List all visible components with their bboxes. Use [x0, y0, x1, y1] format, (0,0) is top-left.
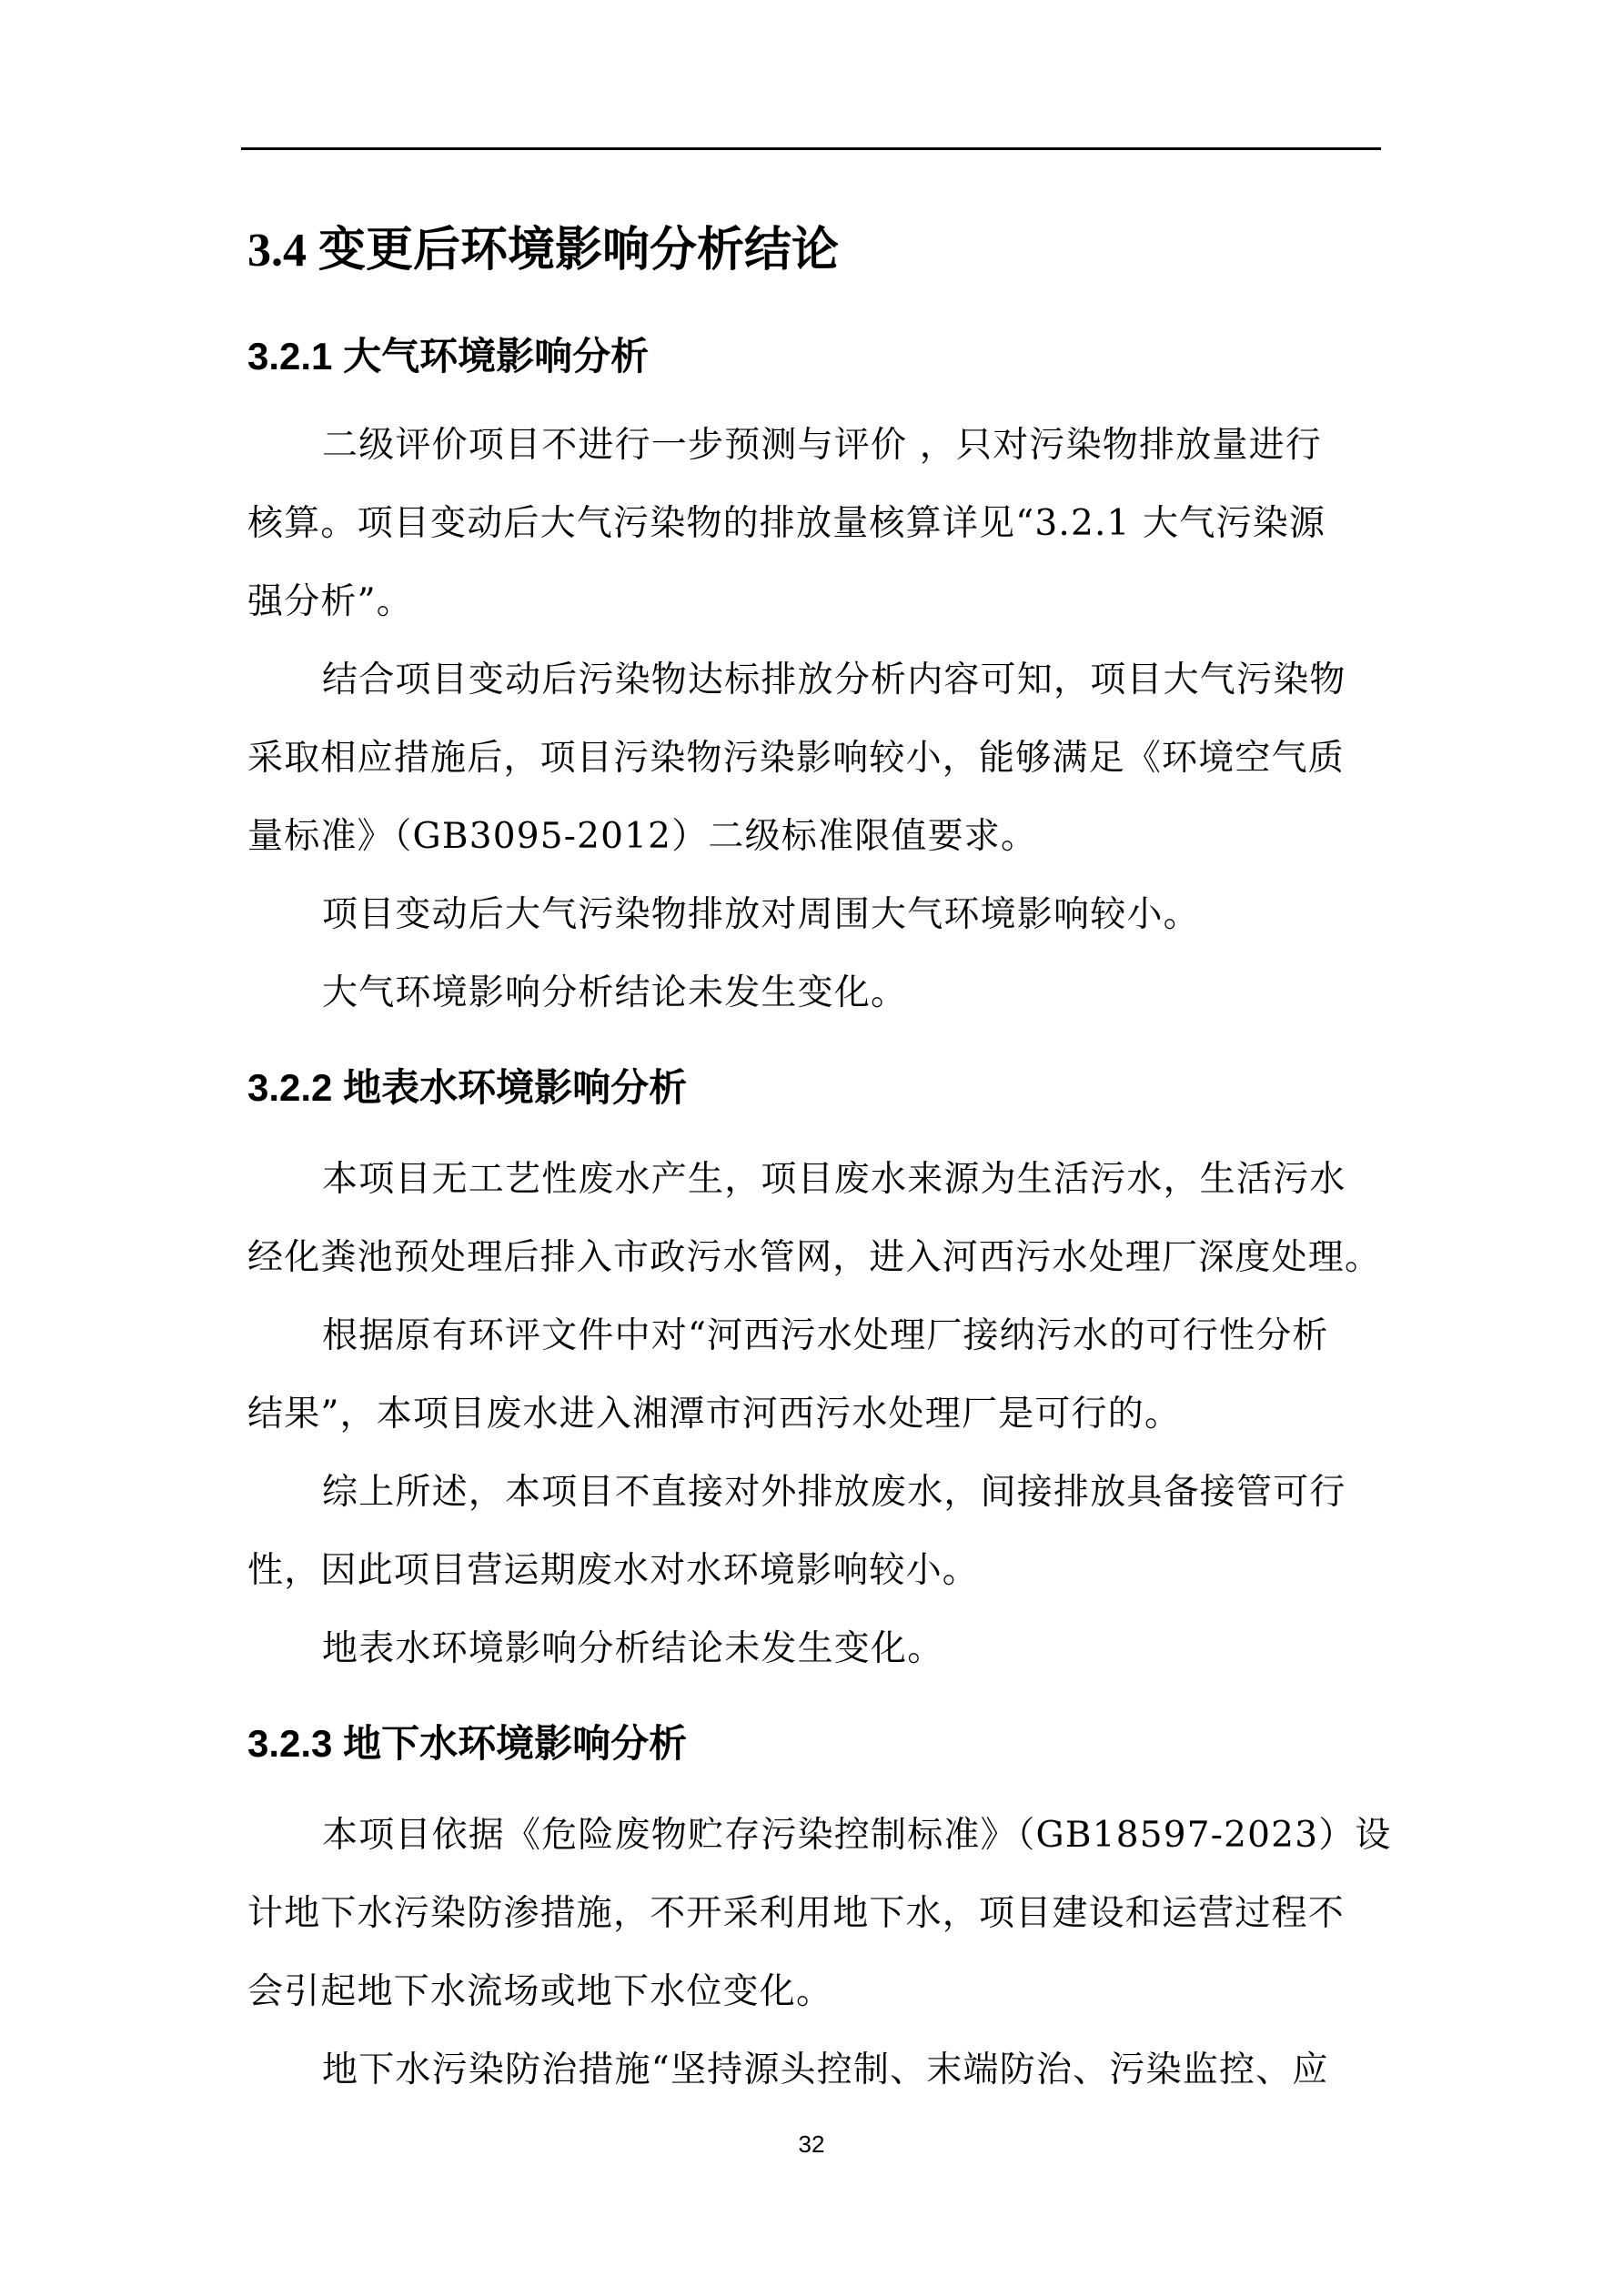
page-number: 32 [0, 2130, 1623, 2159]
text-line: 量标准》（GB3095-2012）二级标准限值要求。 [247, 798, 1387, 876]
text-line: 二级评价项目不进行一步预测与评价 ，只对污染物排放量进行 [247, 407, 1387, 485]
paragraph: 本项目无工艺性废水产生，项目废水来源为生活污水，生活污水 经化粪池预处理后排入市… [247, 1141, 1387, 1688]
header-rule [241, 147, 1381, 150]
text-line: 采取相应措施后，项目污染物污染影响较小，能够满足《环境空气质 [247, 720, 1387, 798]
text-line: 计地下水污染防渗措施，不开采利用地下水，项目建设和运营过程不 [247, 1875, 1387, 1953]
heading-3-2-3: 3.2.3 地下水环境影响分析 [247, 1718, 1387, 1769]
text-line: 核算。项目变动后大气污染物的排放量核算详见“3.2.1 大气污染源 [247, 485, 1387, 563]
text-line: 综上所述，本项目不直接对外排放废水，间接排放具备接管可行 [247, 1454, 1387, 1532]
text-line: 结合项目变动后污染物达标排放分析内容可知，项目大气污染物 [247, 641, 1387, 720]
paragraph: 本项目依据《危险废物贮存污染控制标准》（GB18597-2023）设 计地下水污… [247, 1797, 1387, 2110]
text-line: 经化粪池预处理后排入市政污水管网，进入河西污水处理厂深度处理。 [247, 1219, 1387, 1297]
text-line: 根据原有环评文件中对“河西污水处理厂接纳污水的可行性分析 [247, 1297, 1387, 1375]
paragraph: 二级评价项目不进行一步预测与评价 ，只对污染物排放量进行 核算。项目变动后大气污… [247, 407, 1387, 1032]
heading-3-2-1: 3.2.1 大气环境影响分析 [247, 331, 1387, 382]
section-title: 3.4 变更后环境影响分析结论 [247, 224, 1387, 278]
text-line: 结果”，本项目废水进入湘潭市河西污水处理厂是可行的。 [247, 1375, 1387, 1454]
text-line: 会引起地下水流场或地下水位变化。 [247, 1953, 1387, 2031]
text-line: 大气环境影响分析结论未发生变化。 [247, 954, 1387, 1032]
text-line: 性，因此项目营运期废水对水环境影响较小。 [247, 1532, 1387, 1610]
heading-3-2-2: 3.2.2 地表水环境影响分析 [247, 1062, 1387, 1113]
text-line: 本项目无工艺性废水产生，项目废水来源为生活污水，生活污水 [247, 1141, 1387, 1219]
text-line: 地下水污染防治措施“坚持源头控制、末端防治、污染监控、应 [247, 2031, 1387, 2110]
text-line: 项目变动后大气污染物排放对周围大气环境影响较小。 [247, 876, 1387, 954]
text-line: 强分析”。 [247, 563, 1387, 641]
text-line: 本项目依据《危险废物贮存污染控制标准》（GB18597-2023）设 [247, 1797, 1387, 1875]
text-line: 地表水环境影响分析结论未发生变化。 [247, 1610, 1387, 1688]
